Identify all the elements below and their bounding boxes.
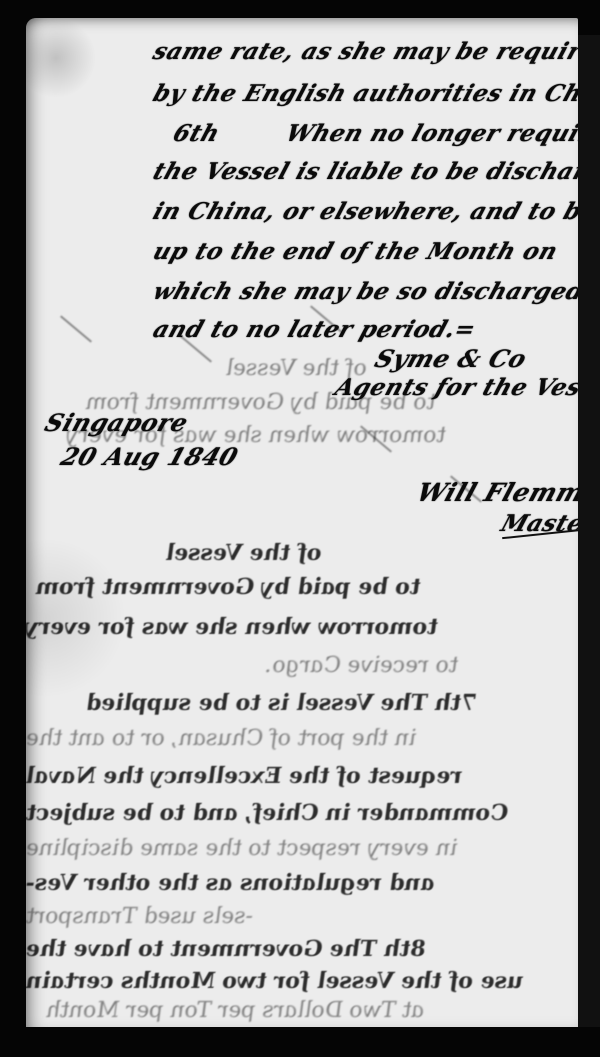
bleed-through-line: at Two Dollars per Ton per Month bbox=[42, 998, 428, 1023]
main-text-line-8: and to no later period.= bbox=[150, 316, 480, 343]
main-text-line-3: 6th When no longer required bbox=[170, 120, 578, 147]
manuscript-page: of the Vessel to be paid by Government f… bbox=[26, 18, 578, 1028]
page-binding-edge bbox=[578, 35, 600, 1035]
bleed-stroke bbox=[60, 315, 92, 342]
agent-role-label: Agents for the Vessel bbox=[332, 374, 578, 401]
main-text-line-2: by the English authorities in China bbox=[150, 80, 578, 107]
bleed-through-line: of the Vessel bbox=[162, 540, 326, 566]
master-signature: Will Flemming bbox=[413, 478, 578, 507]
bleed-through-line: and regulations as the other Ves- bbox=[26, 870, 439, 896]
dateline-date: 20 Aug 1840 bbox=[57, 442, 242, 471]
dateline-place: Singapore bbox=[41, 408, 192, 437]
bleed-through-line: to receive Cargo. bbox=[262, 653, 462, 678]
main-text-line-7: which she may be so discharged bbox=[150, 278, 578, 305]
main-text-line-6: up to the end of the Month on bbox=[150, 238, 562, 265]
bleed-through-line: Commander in Chief, and to be subject bbox=[26, 800, 512, 826]
main-text-line-1: same rate, as she may be required bbox=[150, 38, 578, 65]
bleed-through-line: tomorrow when she was for every bbox=[26, 614, 442, 640]
main-text-line-5: in China, or elsewhere, and to be paid bbox=[150, 198, 578, 225]
bleed-through-line: -sels used Transport bbox=[26, 904, 257, 929]
agent-firm-signature: Syme & Co bbox=[371, 344, 530, 373]
main-text-line-4: the Vessel is liable to be discharged bbox=[150, 158, 578, 185]
bleed-through-line: 7th The Vessel is to be supplied bbox=[82, 690, 481, 716]
bleed-through-line: 8th The Government to have the bbox=[26, 936, 430, 962]
scan-bottom-border bbox=[0, 1027, 600, 1057]
bleed-through-line: in every respect to the same discipline bbox=[26, 836, 461, 861]
bleed-through-line: in the port of Chusan, or to ant the bbox=[26, 726, 420, 751]
bleed-through-line: use of the Vessel for two Months certain bbox=[26, 968, 528, 994]
bleed-through-line: to be paid by Government from bbox=[32, 574, 425, 600]
bleed-through-line: request of the Excellency the Naval bbox=[26, 763, 466, 789]
